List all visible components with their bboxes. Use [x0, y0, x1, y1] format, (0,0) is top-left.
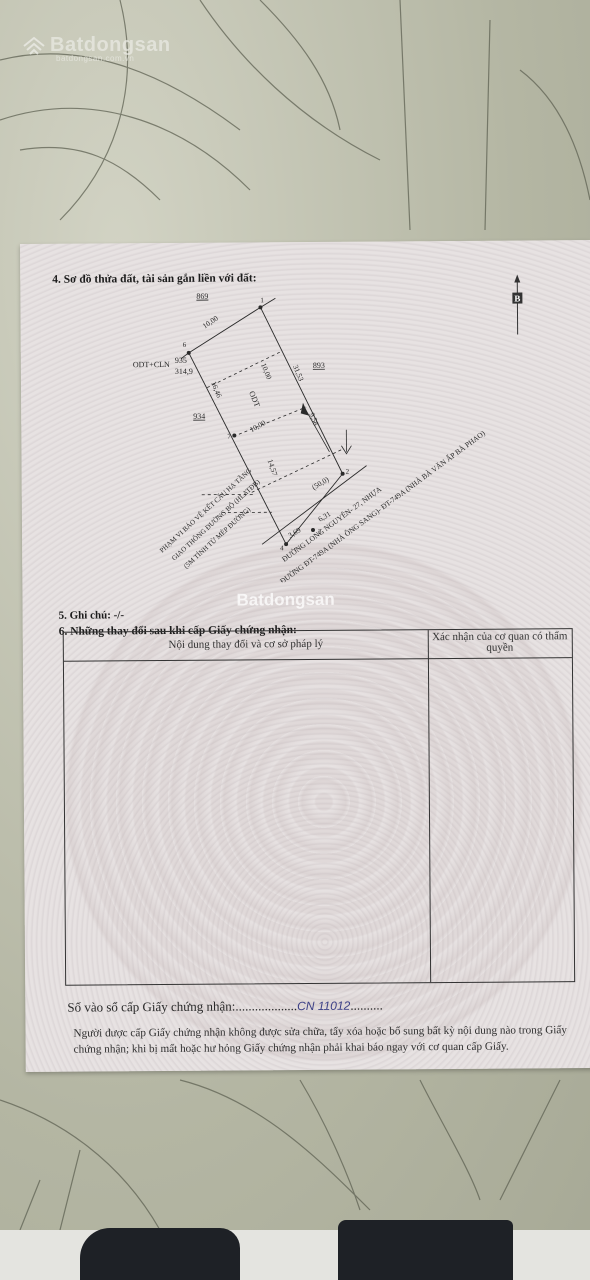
svg-text:314,9: 314,9 [175, 367, 193, 376]
svg-text:10,00: 10,00 [259, 362, 274, 381]
svg-text:10,00: 10,00 [201, 313, 220, 330]
certificate-page: 4. Sơ đồ thửa đất, tài sản gắn liền với … [20, 240, 590, 1072]
svg-text:14,57: 14,57 [266, 458, 280, 477]
svg-text:ĐƯỜNG ĐT-749A (NHÀ ÔNG SANG)-: ĐƯỜNG ĐT-749A (NHÀ ÔNG SANG)- ĐT-749A (N… [278, 428, 488, 584]
svg-text:1: 1 [260, 296, 264, 304]
svg-text:7: 7 [227, 433, 231, 441]
svg-text:GIAO THÔNG ĐƯỜNG BỘ (HLATĐB): GIAO THÔNG ĐƯỜNG BỘ (HLATĐB) [170, 477, 262, 562]
svg-text:ODT+CLN: ODT+CLN [133, 360, 170, 369]
logo-icon [22, 36, 46, 56]
svg-text:ĐƯỜNG LONG NGUYÊN- 27, NHỰA: ĐƯỜNG LONG NGUYÊN- 27, NHỰA [279, 483, 383, 563]
watermark: Batdongsan [236, 590, 334, 611]
column-header-confirmation: Xác nhận của cơ quan có thẩm quyền [428, 631, 572, 654]
north-arrow-icon: B [512, 274, 522, 334]
column-header-content: Nội dung thay đổi và cơ sở pháp lý [64, 637, 428, 652]
watermark: Batdongsan batdongsan.com.vn [22, 34, 171, 63]
svg-text:934: 934 [193, 412, 205, 421]
shoe [80, 1228, 240, 1280]
svg-text:4: 4 [280, 544, 284, 552]
changes-table: Nội dung thay đổi và cơ sở pháp lý Xác n… [63, 628, 575, 986]
registry-number: CN 11012 [297, 999, 350, 1013]
svg-text:2: 2 [346, 468, 350, 476]
svg-text:(50,0): (50,0) [310, 474, 331, 491]
svg-text:869: 869 [196, 292, 208, 301]
land-plot-diagram: B [20, 240, 590, 584]
notice-text: Người được cấp Giấy chứng nhận không đượ… [73, 1022, 583, 1058]
svg-text:3,69: 3,69 [287, 525, 303, 540]
svg-text:PHẠM VI BẢO VỆ KẾT CẤU HẠ TẦNG: PHẠM VI BẢO VỆ KẾT CẤU HẠ TẦNG [158, 467, 253, 555]
svg-text:10,00: 10,00 [248, 418, 267, 434]
svg-text:893: 893 [313, 361, 325, 370]
svg-text:935: 935 [175, 356, 187, 365]
section5-title: 5. Ghi chú: -/- [59, 609, 124, 621]
svg-text:ODT: ODT [247, 390, 262, 409]
shoe [338, 1220, 513, 1280]
svg-text:B: B [514, 294, 520, 304]
registry-number-line: Số vào sổ cấp Giấy chứng nhận:..........… [67, 997, 383, 1015]
svg-text:6: 6 [183, 341, 187, 349]
